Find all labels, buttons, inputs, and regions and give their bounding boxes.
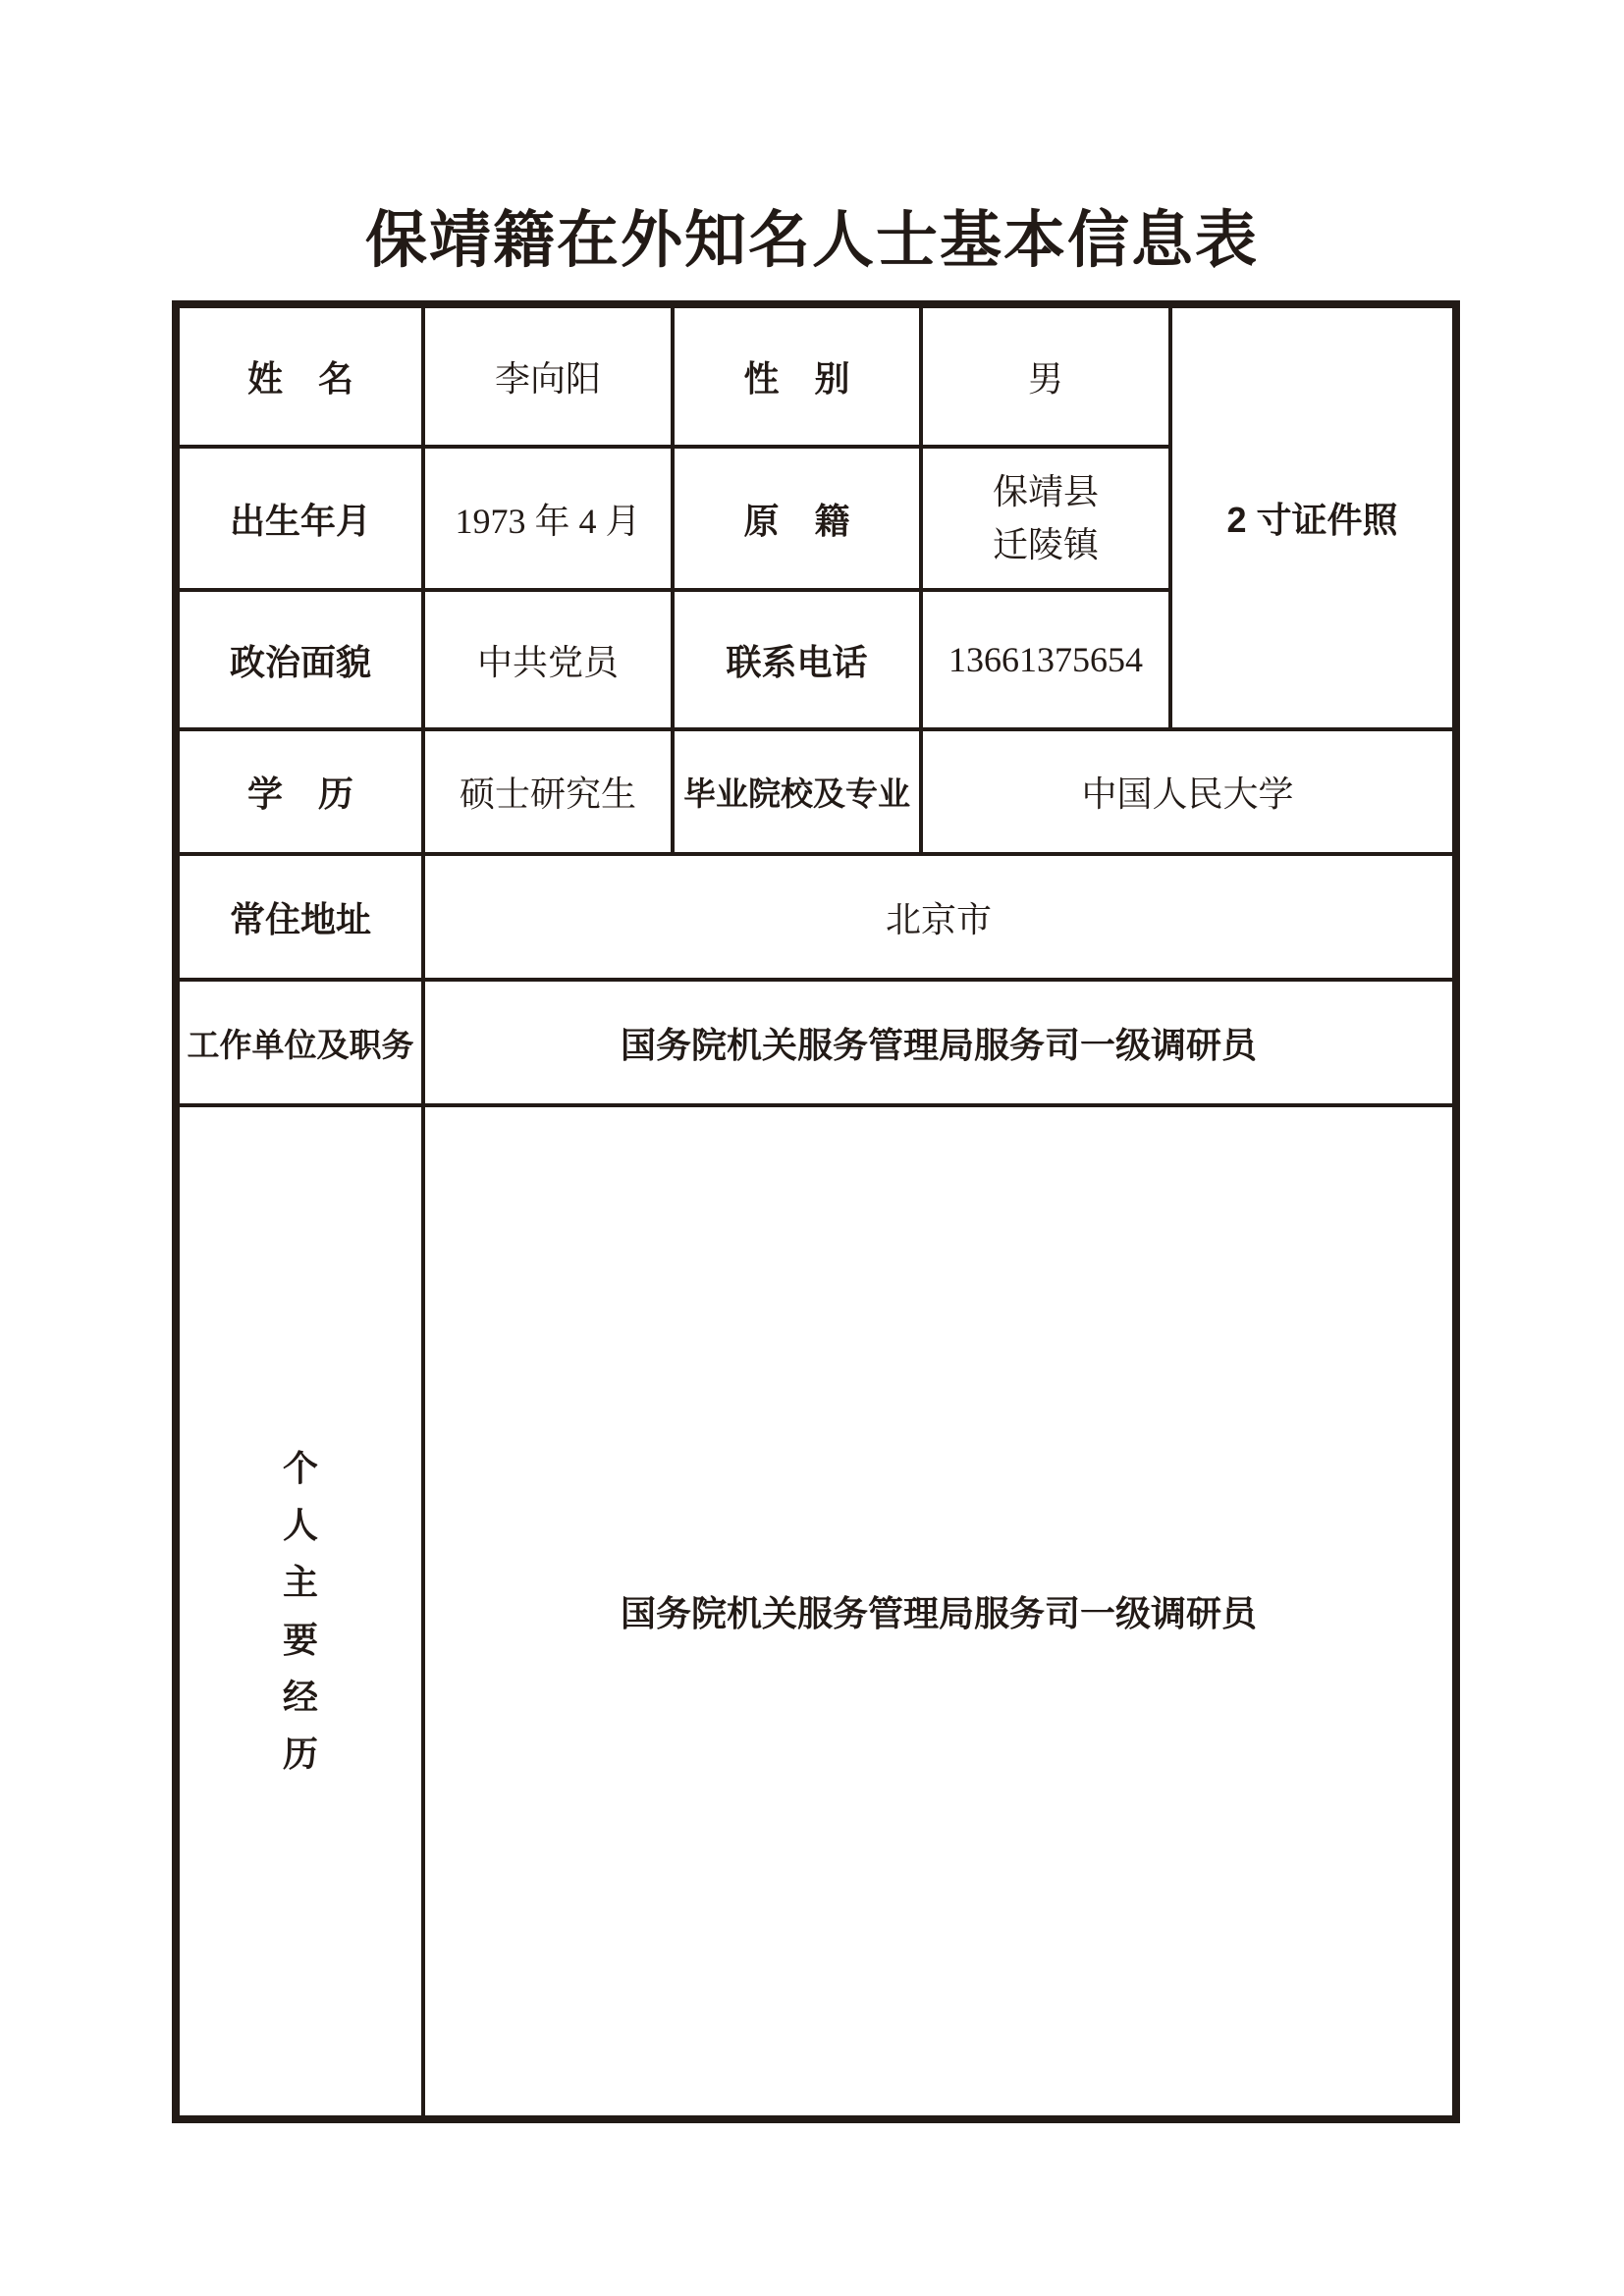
origin-label-cell: 原 籍 [673,447,921,590]
gender-value-cell: 男 [921,304,1170,447]
political-value-cell: 中共党员 [423,590,673,729]
phone-label-cell: 联系电话 [673,590,921,729]
name-label-cell: 姓 名 [176,304,423,447]
birth-value-cell: 1973 年 4 月 [423,447,673,590]
gender-label-cell: 性 别 [673,304,921,447]
photo-placeholder-cell: 2 寸证件照 [1170,304,1456,729]
experience-label-cell: 个 人 主 要 经 历 [176,1105,423,2119]
political-label-cell: 政治面貌 [176,590,423,729]
education-value-cell: 硕士研究生 [423,729,673,854]
birth-label-cell: 出生年月 [176,447,423,590]
address-label-cell: 常住地址 [176,854,423,980]
school-value-cell: 中国人民大学 [921,729,1456,854]
work-value-cell: 国务院机关服务管理局服务司一级调研员 [423,980,1456,1105]
origin-value-cell: 保靖县 迁陵镇 [921,447,1170,590]
page-title: 保靖籍在外知名人士基本信息表 [0,190,1624,280]
address-value-cell: 北京市 [423,854,1456,980]
info-table: 姓 名 李向阳 性 别 男 2 寸证件照 出生年月 1973 年 4 月 原 籍… [172,300,1460,2123]
name-value-cell: 李向阳 [423,304,673,447]
form-page: { "page": { "title": "保靖籍在外知名人士基本信息表" },… [0,0,1624,2296]
phone-value-cell: 13661375654 [921,590,1170,729]
school-label-cell: 毕业院校及专业 [673,729,921,854]
experience-value-cell: 国务院机关服务管理局服务司一级调研员 [423,1105,1456,2119]
education-label-cell: 学 历 [176,729,423,854]
work-label-cell: 工作单位及职务 [176,980,423,1105]
